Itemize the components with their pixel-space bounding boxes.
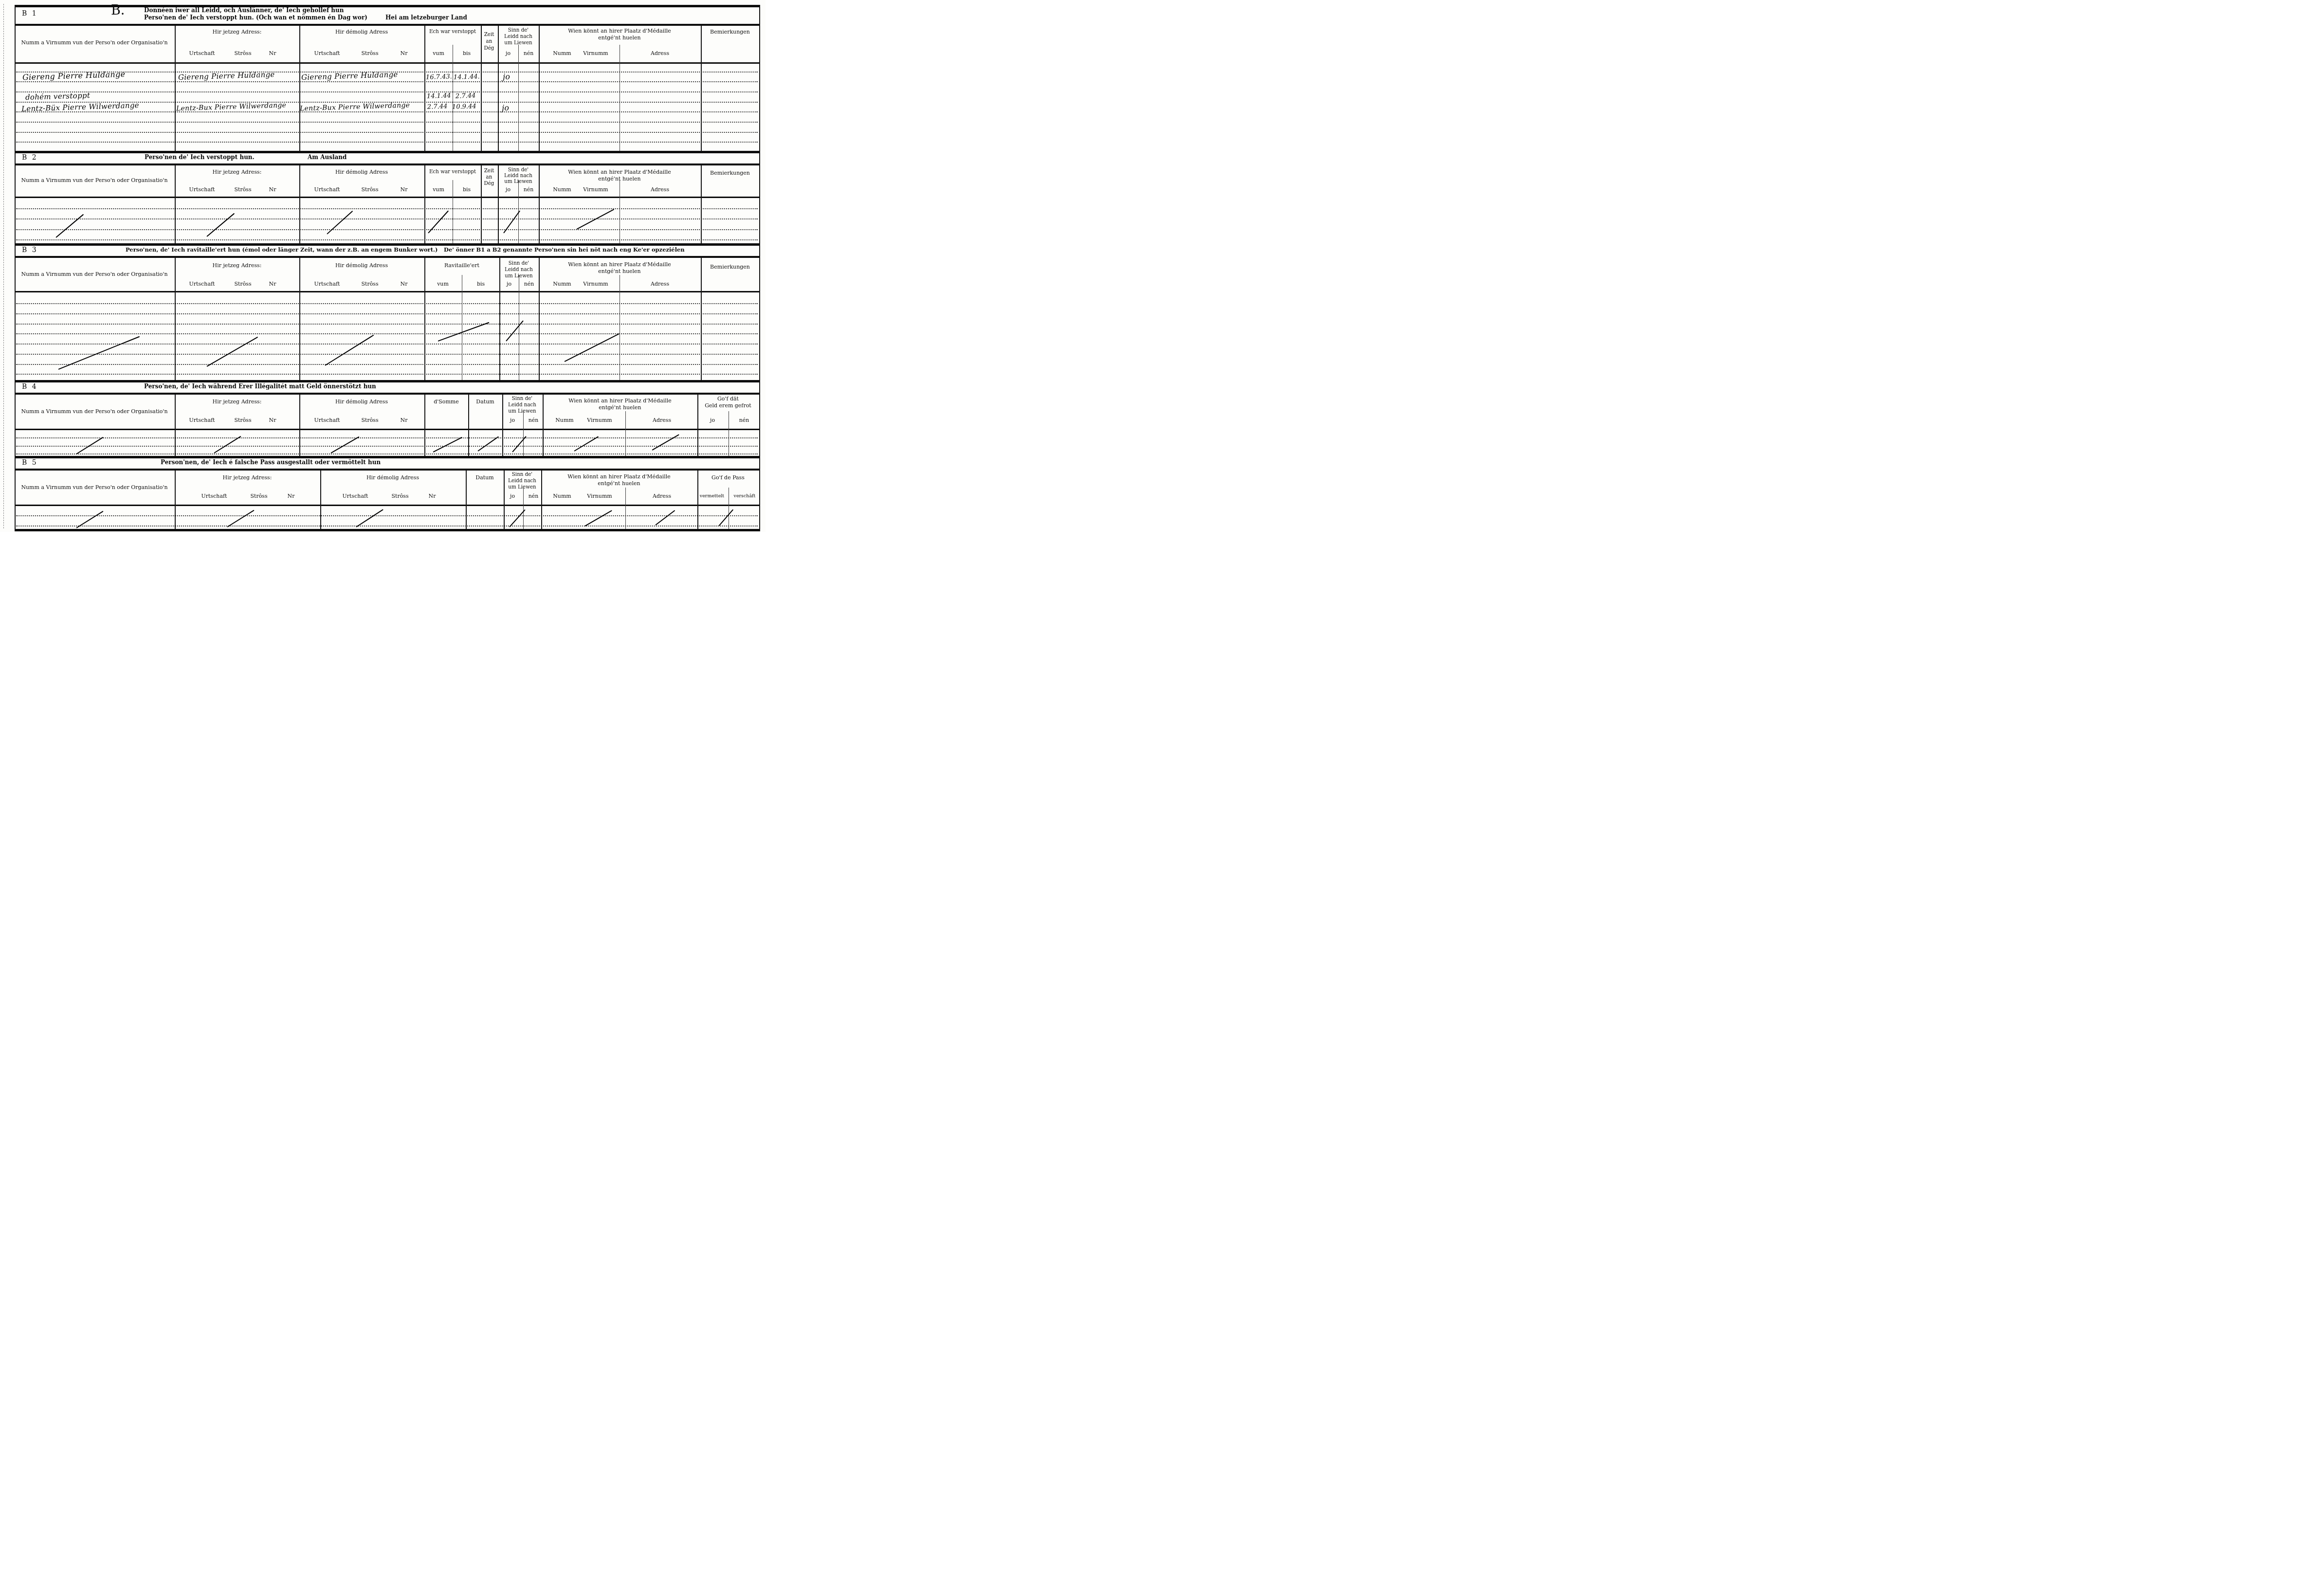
col-datum-header: Datum: [476, 399, 494, 405]
handwriting-vum: 16.7.43.: [426, 73, 452, 81]
scanned-form-page: B 1 B. Donnéen iwer all Leidd, och Auslä…: [0, 0, 766, 532]
column-line: [424, 165, 425, 246]
col-jo: jo: [506, 187, 510, 193]
column-line: [498, 165, 499, 246]
h-rule: [15, 197, 760, 198]
divider-line: [620, 45, 620, 153]
dotted-line: [16, 364, 758, 365]
col-sinn-3: um Liewen: [505, 273, 532, 279]
h-rule: [15, 163, 760, 165]
strike-slash: [214, 436, 241, 453]
divider-line: [523, 488, 524, 530]
dotted-line: [16, 333, 758, 334]
col-addr-now-header: Hir jetzeg Adress:: [223, 475, 272, 481]
col-urtschaft: Urtschaft: [201, 493, 227, 500]
col-zeit-2: an: [486, 39, 492, 45]
col-adress: Adress: [651, 281, 669, 288]
b4-id: B 4: [22, 383, 38, 391]
divider-line: [453, 45, 453, 153]
col-nr: Nr: [269, 281, 276, 288]
col-ravitailleert-header: Ravitaille'ert: [444, 263, 479, 269]
col-wien-1: Wien könnt an hirer Plaatz d'Médaille: [568, 262, 671, 268]
b3-title-2: De' önner B1 a B2 genannte Perso'nen sin…: [444, 246, 685, 253]
column-line: [502, 395, 503, 458]
col-numm: Numm: [553, 493, 571, 500]
h-rule: [15, 529, 760, 531]
col-datum-header: Datum: [475, 475, 493, 481]
handwriting-name: dohém verstoppt: [25, 91, 91, 102]
col-virnumm: Virnumm: [583, 187, 608, 193]
column-line: [175, 395, 176, 458]
col-name-header: Numm a Virnumm vun der Perso'n oder Orga…: [21, 485, 167, 491]
col-name-header: Numm a Virnumm vun der Perso'n oder Orga…: [21, 409, 167, 415]
col-wien-2: entgé'nt huelen: [598, 269, 640, 275]
col-stross: Strôss: [361, 51, 378, 57]
col-jo: jo: [710, 417, 715, 424]
col-bis: bis: [477, 281, 485, 288]
col-numm: Numm: [555, 417, 574, 424]
column-line: [543, 395, 544, 458]
col-addr-now-header: Hir jetzeg Adress:: [213, 263, 262, 269]
column-line: [175, 26, 176, 153]
col-vum: vum: [433, 51, 444, 57]
column-line: [504, 471, 505, 530]
dotted-line: [16, 437, 758, 438]
col-wien-2: entgé'nt huelen: [598, 176, 640, 182]
col-zeit-2: an: [486, 175, 492, 181]
h-rule: [15, 151, 760, 153]
strike-slash: [477, 436, 499, 452]
handwriting-bis: 10.9.44: [452, 103, 476, 111]
column-line: [175, 471, 176, 530]
divider-line: [519, 275, 519, 382]
col-zeit-3: Dég: [484, 181, 494, 187]
strike-slash: [227, 510, 254, 527]
col-stross: Strôss: [361, 281, 378, 288]
column-line: [481, 165, 482, 246]
divider-line: [518, 45, 519, 153]
dotted-line: [16, 208, 758, 209]
col-bis: bis: [463, 51, 471, 57]
column-line: [175, 165, 176, 246]
strike-slash: [512, 436, 527, 453]
dotted-line: [16, 526, 758, 526]
b5-title: Person'nen, de' Iech é falsche Pass ausg…: [161, 459, 381, 466]
h-rule: [15, 5, 760, 7]
col-jo: jo: [507, 281, 511, 288]
h-rule: [15, 256, 760, 258]
h-rule: [15, 62, 760, 64]
handwriting-jo: jo: [503, 72, 510, 81]
column-line: [299, 165, 300, 246]
divider-line: [620, 180, 620, 246]
handwriting-bis: 2.7.44: [456, 92, 476, 100]
strike-slash: [438, 322, 490, 342]
col-nr: Nr: [401, 187, 408, 193]
column-line: [299, 26, 300, 153]
col-nen: nén: [524, 187, 534, 193]
col-urtschaft: Urtschaft: [314, 417, 340, 424]
dotted-line: [16, 81, 758, 82]
column-line: [466, 471, 467, 530]
dotted-line: [16, 239, 758, 240]
table-left-border: [15, 5, 16, 531]
strike-slash: [433, 437, 462, 453]
col-sinn-2: Leidd nach: [504, 34, 532, 40]
col-sinn-1: Sinn de': [508, 28, 529, 34]
col-vum: vum: [437, 281, 449, 288]
strike-slash: [206, 337, 258, 367]
col-urtschaft: Urtschaft: [314, 281, 340, 288]
column-line: [701, 258, 702, 382]
b3-title-1: Perso'nen, de' Iech ravitaille'ert hun (…: [126, 246, 438, 253]
divider-line: [620, 275, 620, 382]
col-gof-dat-2: Geld erem gefrot: [705, 403, 751, 409]
col-dsomme-header: d'Somme: [434, 399, 459, 405]
table-right-border: [759, 5, 760, 531]
strike-slash: [356, 509, 383, 527]
divider-line: [729, 488, 729, 530]
col-urtschaft: Urtschaft: [343, 493, 368, 500]
column-line: [299, 258, 300, 382]
column-line: [499, 258, 500, 382]
h-rule: [15, 291, 760, 292]
column-line: [539, 165, 540, 246]
col-jo: jo: [510, 417, 515, 424]
col-wien-1: Wien könnt an hirer Plaatz d'Médaille: [568, 169, 671, 176]
col-name-header: Numm a Virnumm vun der Perso'n oder Orga…: [21, 40, 167, 46]
col-zeit-1: Zeit: [484, 32, 494, 38]
col-bemierkungen: Bemierkungen: [710, 29, 750, 36]
col-nr: Nr: [429, 493, 436, 500]
strike-slash: [574, 436, 599, 452]
column-line: [701, 26, 702, 153]
handwriting-vum: 14.1.44: [427, 92, 451, 100]
col-wien-1: Wien könnt an hirer Plaatz d'Médaille: [567, 474, 671, 480]
col-sinn-2: Leidd nach: [508, 402, 536, 408]
dotted-line: [16, 313, 758, 314]
col-bemierkungen: Bemierkungen: [710, 264, 750, 271]
b1-title-line1: Donnéen iwer all Leidd, och Auslänner, d…: [144, 7, 344, 14]
h-rule: [15, 456, 760, 458]
col-virnumm: Virnumm: [587, 417, 612, 424]
h-rule: [15, 380, 760, 382]
col-stross: Strôss: [361, 417, 378, 424]
dotted-line: [16, 354, 758, 355]
col-nr: Nr: [269, 51, 276, 57]
col-sinn-1: Sinn de': [512, 472, 532, 478]
col-numm: Numm: [553, 187, 571, 193]
dotted-line: [16, 218, 758, 219]
col-addr-old-header: Hir démolig Adress: [366, 475, 419, 481]
handwriting-bis: 14.1.44.: [454, 73, 480, 81]
col-sinn-1: Sinn de': [512, 396, 532, 402]
col-bemierkungen: Bemierkungen: [710, 170, 750, 177]
col-name-header: Numm a Virnumm vun der Perso'n oder Orga…: [21, 272, 167, 278]
col-bis: bis: [463, 187, 471, 193]
h-rule: [15, 505, 760, 506]
strike-slash: [55, 214, 84, 238]
col-zeit-3: Dég: [484, 46, 494, 52]
col-wien-2: entgé'nt huelen: [598, 35, 640, 41]
col-numm: Numm: [553, 281, 571, 288]
col-addr-old-header: Hir démolig Adress: [335, 399, 388, 405]
b5-id: B 5: [22, 459, 38, 467]
col-verstoppt-header: Ech war verstoppt: [429, 29, 476, 35]
dotted-line: [16, 142, 758, 143]
b4-title: Perso'nen, de' Iech während Erer Illégal…: [144, 383, 376, 390]
col-addr-now-header: Hir jetzeg Adress:: [213, 399, 262, 405]
col-addr-now-header: Hir jetzeg Adress:: [213, 169, 262, 176]
column-line: [481, 26, 482, 153]
col-addr-old-header: Hir démolig Adress: [335, 263, 388, 269]
col-wien-2: entgé'nt huelen: [598, 481, 640, 487]
strike-slash: [652, 434, 679, 451]
b2-subtitle: Am Ausland: [308, 154, 346, 161]
divider-line: [462, 275, 462, 382]
col-adress: Adress: [653, 493, 671, 500]
b1-big-letter: B.: [111, 3, 125, 18]
col-nr: Nr: [401, 281, 408, 288]
column-line: [424, 26, 425, 153]
column-line: [541, 471, 542, 530]
divider-line: [523, 411, 524, 458]
h-rule: [15, 243, 760, 246]
col-stross: Strôss: [234, 51, 251, 57]
strike-slash: [655, 510, 675, 526]
strike-slash: [325, 335, 374, 366]
dotted-line: [16, 344, 758, 345]
col-urtschaft: Urtschaft: [189, 51, 215, 57]
col-gof-pass-header: Go'f de Pass: [711, 475, 745, 481]
dotted-line: [16, 324, 758, 325]
b1-id: B 1: [22, 10, 38, 18]
col-addr-old-header: Hir démolig Adress: [335, 169, 388, 176]
col-urtschaft: Urtschaft: [189, 187, 215, 193]
col-nr: Nr: [401, 417, 408, 424]
col-jo: jo: [506, 51, 510, 57]
col-stross: Strôss: [234, 187, 251, 193]
col-virnumm: Virnumm: [583, 281, 608, 288]
col-vum: vum: [433, 187, 444, 193]
col-vermettelt: vermettelt: [700, 494, 724, 499]
col-name-header: Numm a Virnumm vun der Perso'n oder Orga…: [21, 178, 167, 184]
dotted-line: [16, 446, 758, 447]
col-urtschaft: Urtschaft: [314, 187, 340, 193]
col-sinn-3: um Liewen: [508, 409, 536, 415]
col-sinn-2: Leidd nach: [508, 478, 536, 484]
b1-title-line2: Perso'nen de' Iech verstoppt hun. (Och w…: [144, 14, 367, 21]
col-adress: Adress: [651, 187, 669, 193]
column-line: [299, 395, 300, 458]
col-urtschaft: Urtschaft: [314, 51, 340, 57]
dotted-line: [16, 91, 758, 92]
strike-slash: [718, 509, 733, 526]
col-sinn-2: Leidd nach: [505, 267, 533, 273]
col-wien-1: Wien könnt an hirer Plaatz d'Médaille: [568, 28, 671, 35]
col-stross: Strôss: [361, 187, 378, 193]
column-line: [697, 395, 698, 458]
col-nr: Nr: [401, 51, 408, 57]
dotted-line: [16, 111, 758, 112]
strike-slash: [564, 333, 619, 362]
dotted-line: [16, 303, 758, 304]
handwriting-vum: 2.7.44: [427, 103, 448, 110]
strike-slash: [206, 213, 235, 237]
col-verstoppt-header: Ech war verstoppt: [429, 169, 476, 175]
b3-id: B 3: [22, 246, 38, 254]
dotted-line: [16, 374, 758, 375]
col-nen: nén: [529, 417, 539, 424]
handwriting-jo: jo: [502, 103, 510, 112]
col-jo: jo: [510, 493, 515, 500]
divider-line: [625, 411, 626, 458]
column-line: [539, 258, 540, 382]
col-virnumm: Virnumm: [587, 493, 612, 500]
column-line: [498, 26, 499, 153]
col-nr: Nr: [269, 187, 276, 193]
col-gof-dat-1: Go'f dät: [717, 396, 739, 402]
divider-line: [729, 411, 729, 458]
b1-title-line2-bold: Hei am letzeburger Land: [385, 14, 467, 21]
b2-title: Perso'nen de' Iech verstoppt hun.: [145, 154, 255, 161]
col-urtschaft: Urtschaft: [189, 281, 215, 288]
col-nen: nén: [524, 51, 534, 57]
column-line: [468, 395, 469, 458]
column-line: [320, 471, 321, 530]
h-rule: [15, 429, 760, 430]
scan-margin-mark: [3, 4, 4, 528]
col-stross: Strôss: [234, 281, 251, 288]
strike-slash: [330, 436, 359, 453]
col-wien-1: Wien könnt an hirer Plaatz d'Médaille: [568, 398, 672, 404]
col-stross: Strôss: [234, 417, 251, 424]
col-sinn-1: Sinn de': [509, 261, 529, 267]
col-urtschaft: Urtschaft: [189, 417, 215, 424]
dotted-line: [16, 515, 758, 516]
col-stross: Strôss: [250, 493, 267, 500]
strike-slash: [327, 211, 353, 235]
h-rule: [15, 24, 760, 26]
column-line: [701, 165, 702, 246]
col-adress: Adress: [653, 417, 671, 424]
column-line: [424, 258, 425, 382]
h-rule: [15, 393, 760, 395]
col-stross: Strôss: [391, 493, 408, 500]
col-virnumm: Virnumm: [583, 51, 608, 57]
col-nen: nén: [739, 417, 749, 424]
col-nr: Nr: [269, 417, 276, 424]
dotted-line: [16, 132, 758, 133]
column-line: [539, 26, 540, 153]
col-adress: Adress: [651, 51, 669, 57]
h-rule: [15, 469, 760, 471]
dotted-line: [16, 229, 758, 230]
column-line: [697, 471, 698, 530]
col-nr: Nr: [288, 493, 295, 500]
col-sinn-3: um Liewen: [508, 485, 536, 490]
b2-id: B 2: [22, 154, 38, 162]
col-sinn-3: um Liewen: [504, 179, 532, 185]
strike-slash: [584, 510, 612, 526]
col-zeit-1: Zeit: [484, 168, 494, 174]
dotted-line: [16, 453, 758, 454]
col-sinn-3: um Liewen: [504, 40, 532, 46]
col-wien-2: entgé'nt huelen: [599, 405, 641, 411]
dotted-line: [16, 122, 758, 123]
divider-line: [453, 180, 453, 246]
col-verschaft: verschâft: [734, 494, 756, 499]
col-nen: nén: [529, 493, 539, 500]
col-addr-now-header: Hir jetzeg Adress:: [213, 29, 262, 36]
column-line: [424, 395, 425, 458]
column-line: [175, 258, 176, 382]
divider-line: [625, 488, 626, 530]
col-addr-old-header: Hir démolig Adress: [335, 29, 388, 36]
col-nen: nén: [524, 281, 534, 288]
col-numm: Numm: [553, 51, 571, 57]
